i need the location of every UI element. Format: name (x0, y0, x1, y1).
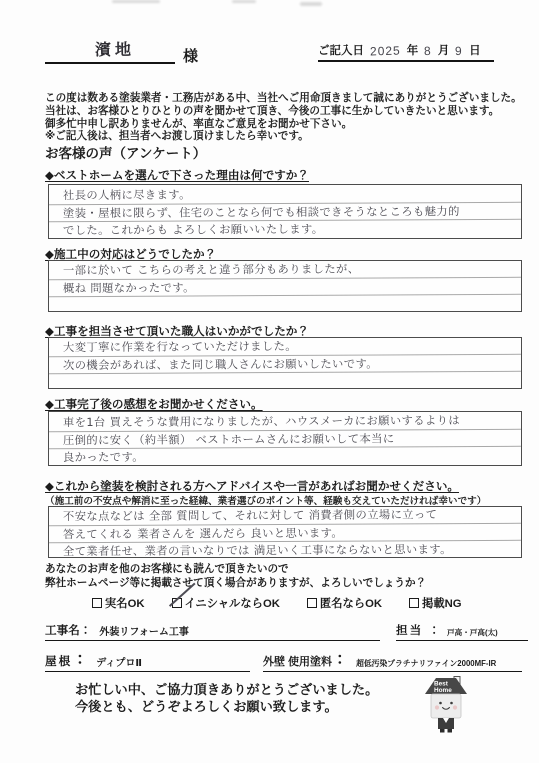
handwritten-answer-line: 次の機会があれば、また同じ職人さんにお願いしたいです。 (49, 354, 521, 373)
staff-value: 戸高・戸高(太) (447, 627, 498, 638)
publish-line: あなたのお声を他のお客様にも読んで頂きたいので (45, 563, 426, 577)
handwritten-answer-line: 社長の人柄に尽きます。 (49, 184, 521, 204)
handwritten-answer-line: 概ね 問題なかったです。 (49, 277, 521, 296)
question-5-note: （施工前の不安点や解消に至った経緯、業者選びのポイント等、経験も交えていただけれ… (45, 493, 486, 507)
roof-value: ディプロⅡ (96, 654, 142, 669)
roof-separator: ： (76, 646, 92, 669)
wall-paint-field: 外壁 使用塗料 ： 超低汚染プラチナリファイン2000MF-IR (263, 653, 522, 672)
handwritten-answer-line: 答えてくれる 業者さんを 選んだら 良いと思います。 (49, 523, 521, 542)
publish-options: 実名OK イニシャルならOK 匿名ならOK 掲載NG (92, 595, 462, 611)
mascot-text-home: Home (434, 687, 452, 694)
question-1-title: ◆ベストホームを選んで下さった理由は何ですか？ (45, 167, 309, 183)
closing-message: お忙しい中、ご協力頂きありがとうございました。 今後とも、どうぞよろしくお願い致… (75, 681, 378, 715)
day-unit-label: 日 (469, 42, 481, 58)
scan-artifact (300, 2, 322, 6)
project-name-label: 工事名： (45, 622, 91, 638)
questionnaire-page: 濱地 様 ご記入日 2025 年 8 月 9 日 この度は数ある塗装業者・工務店… (0, 0, 539, 763)
question-4-title: ◆工事完了後の感想をお聞かせください。 (45, 396, 263, 412)
wall-separator: ： (336, 646, 352, 669)
customer-name-field: 濱地 (45, 38, 175, 64)
wall-value: 超低汚染プラチナリファイン2000MF-IR (356, 658, 496, 669)
project-name-field: 工事名： 外装リフォーム工事 (45, 622, 380, 641)
publish-line: 弊社ホームページ等に掲載させて頂く場合がありますが、よろしいでしょうか？ (45, 577, 426, 591)
date-year-handwritten: 2025 (370, 43, 401, 58)
checkbox-real-name-ok[interactable]: 実名OK (92, 595, 145, 611)
checkbox-label: 掲載NG (422, 595, 462, 611)
checkbox-icon[interactable] (92, 598, 102, 608)
date-label: ご記入日 (318, 42, 364, 58)
handwritten-answer-line (49, 370, 521, 389)
date-day-handwritten: 9 (455, 44, 463, 58)
checkbox-icon[interactable] (409, 598, 419, 608)
question-5-answer-box: 不安な点などは 全部 質問して、それに対して 消費者側の立場に立って 答えてくれ… (48, 506, 522, 558)
staff-label: 担当 ： (396, 622, 442, 638)
checkbox-label: イニシャルならOK (185, 595, 280, 611)
roof-paint-field: 屋根 ： ディプロⅡ (45, 653, 250, 672)
checkbox-publish-ng[interactable]: 掲載NG (409, 595, 462, 611)
wall-label: 外壁 使用塗料 (263, 653, 332, 669)
entry-date-field: ご記入日 2025 年 8 月 9 日 (318, 38, 494, 62)
intro-paragraph: この度は数ある塗装業者・工務店がある中、当社へご用命頂きまして誠にありがとうござ… (45, 92, 527, 143)
customer-name-handwritten: 濱地 (95, 37, 135, 60)
handwritten-answer-line: 車を1台 買えそうな費用になりましたが、ハウスメーカにお願いするよりは (49, 411, 521, 431)
checkbox-icon[interactable] (307, 598, 317, 608)
handwritten-answer-line: 良かったです。 (49, 446, 521, 466)
roof-label: 屋根 (45, 653, 72, 669)
checkbox-icon-checked[interactable] (172, 598, 182, 608)
year-unit-label: 年 (407, 42, 419, 58)
handwritten-answer-line: 全て業者任せ、業者の言いなりでは 満足いく工事にならないと思います。 (49, 539, 521, 558)
question-2-answer-box: 一部に於いて こちらの考えと違う部分もありましたが、 概ね 問題なかったです。 (48, 260, 522, 312)
closing-line: お忙しい中、ご協力頂きありがとうございました。 (75, 681, 378, 698)
best-home-mascot: Best Home (423, 675, 469, 740)
checkbox-label: 実名OK (105, 595, 145, 611)
checkbox-initial-ok[interactable]: イニシャルならOK (172, 595, 280, 611)
handwritten-answer-line: でした。これからも よろしくお願いいたします。 (49, 219, 521, 239)
month-unit-label: 月 (438, 42, 450, 58)
intro-line: 御多忙中申し訳ありませんが、率直なご意見をお聞かせ下さい。 (45, 118, 527, 131)
house-character-icon: Best Home (423, 675, 469, 735)
publish-consent-text: あなたのお声を他のお客様にも読んで頂きたいので 弊社ホームページ等に掲載させて頂… (45, 563, 426, 590)
section-title: お客様の声（アンケート） (45, 142, 206, 162)
date-month-handwritten: 8 (424, 44, 432, 58)
honorific-label: 様 (183, 45, 198, 66)
question-4-answer-box: 車を1台 買えそうな費用になりましたが、ハウスメーカにお願いするよりは 圧倒的に… (48, 411, 522, 466)
checkbox-anonymous-ok[interactable]: 匿名ならOK (307, 595, 382, 611)
closing-line: 今後とも、どうぞよろしくお願い致します。 (75, 698, 378, 715)
handwritten-answer-line (49, 293, 521, 312)
intro-line: 当社は、お客様ひとりひとりの声を聞かせて頂き、今後の工事に生かしていきたいと思い… (45, 105, 527, 118)
question-5-title: ◆これから塗装を検討される方へアドバイスや一言があればお聞かせください。 (45, 478, 459, 494)
intro-line: この度は数ある塗装業者・工務店がある中、当社へご用命頂きまして誠にありがとうござ… (45, 92, 527, 105)
staff-field: 担当 ： 戸高・戸高(太) (396, 622, 528, 641)
project-name-value: 外装リフォーム工事 (99, 623, 189, 638)
scan-artifact (232, 0, 256, 3)
question-1-answer-box: 社長の人柄に尽きます。 塗装・屋根に限らず、住宅のことなら何でも相談できそうなと… (48, 184, 522, 239)
scan-artifact (112, 0, 160, 3)
checkbox-label: 匿名ならOK (320, 595, 382, 611)
question-3-answer-box: 大変丁寧に作業を行なっていただけました。 次の機会があれば、また同じ職人さんにお… (48, 337, 522, 389)
